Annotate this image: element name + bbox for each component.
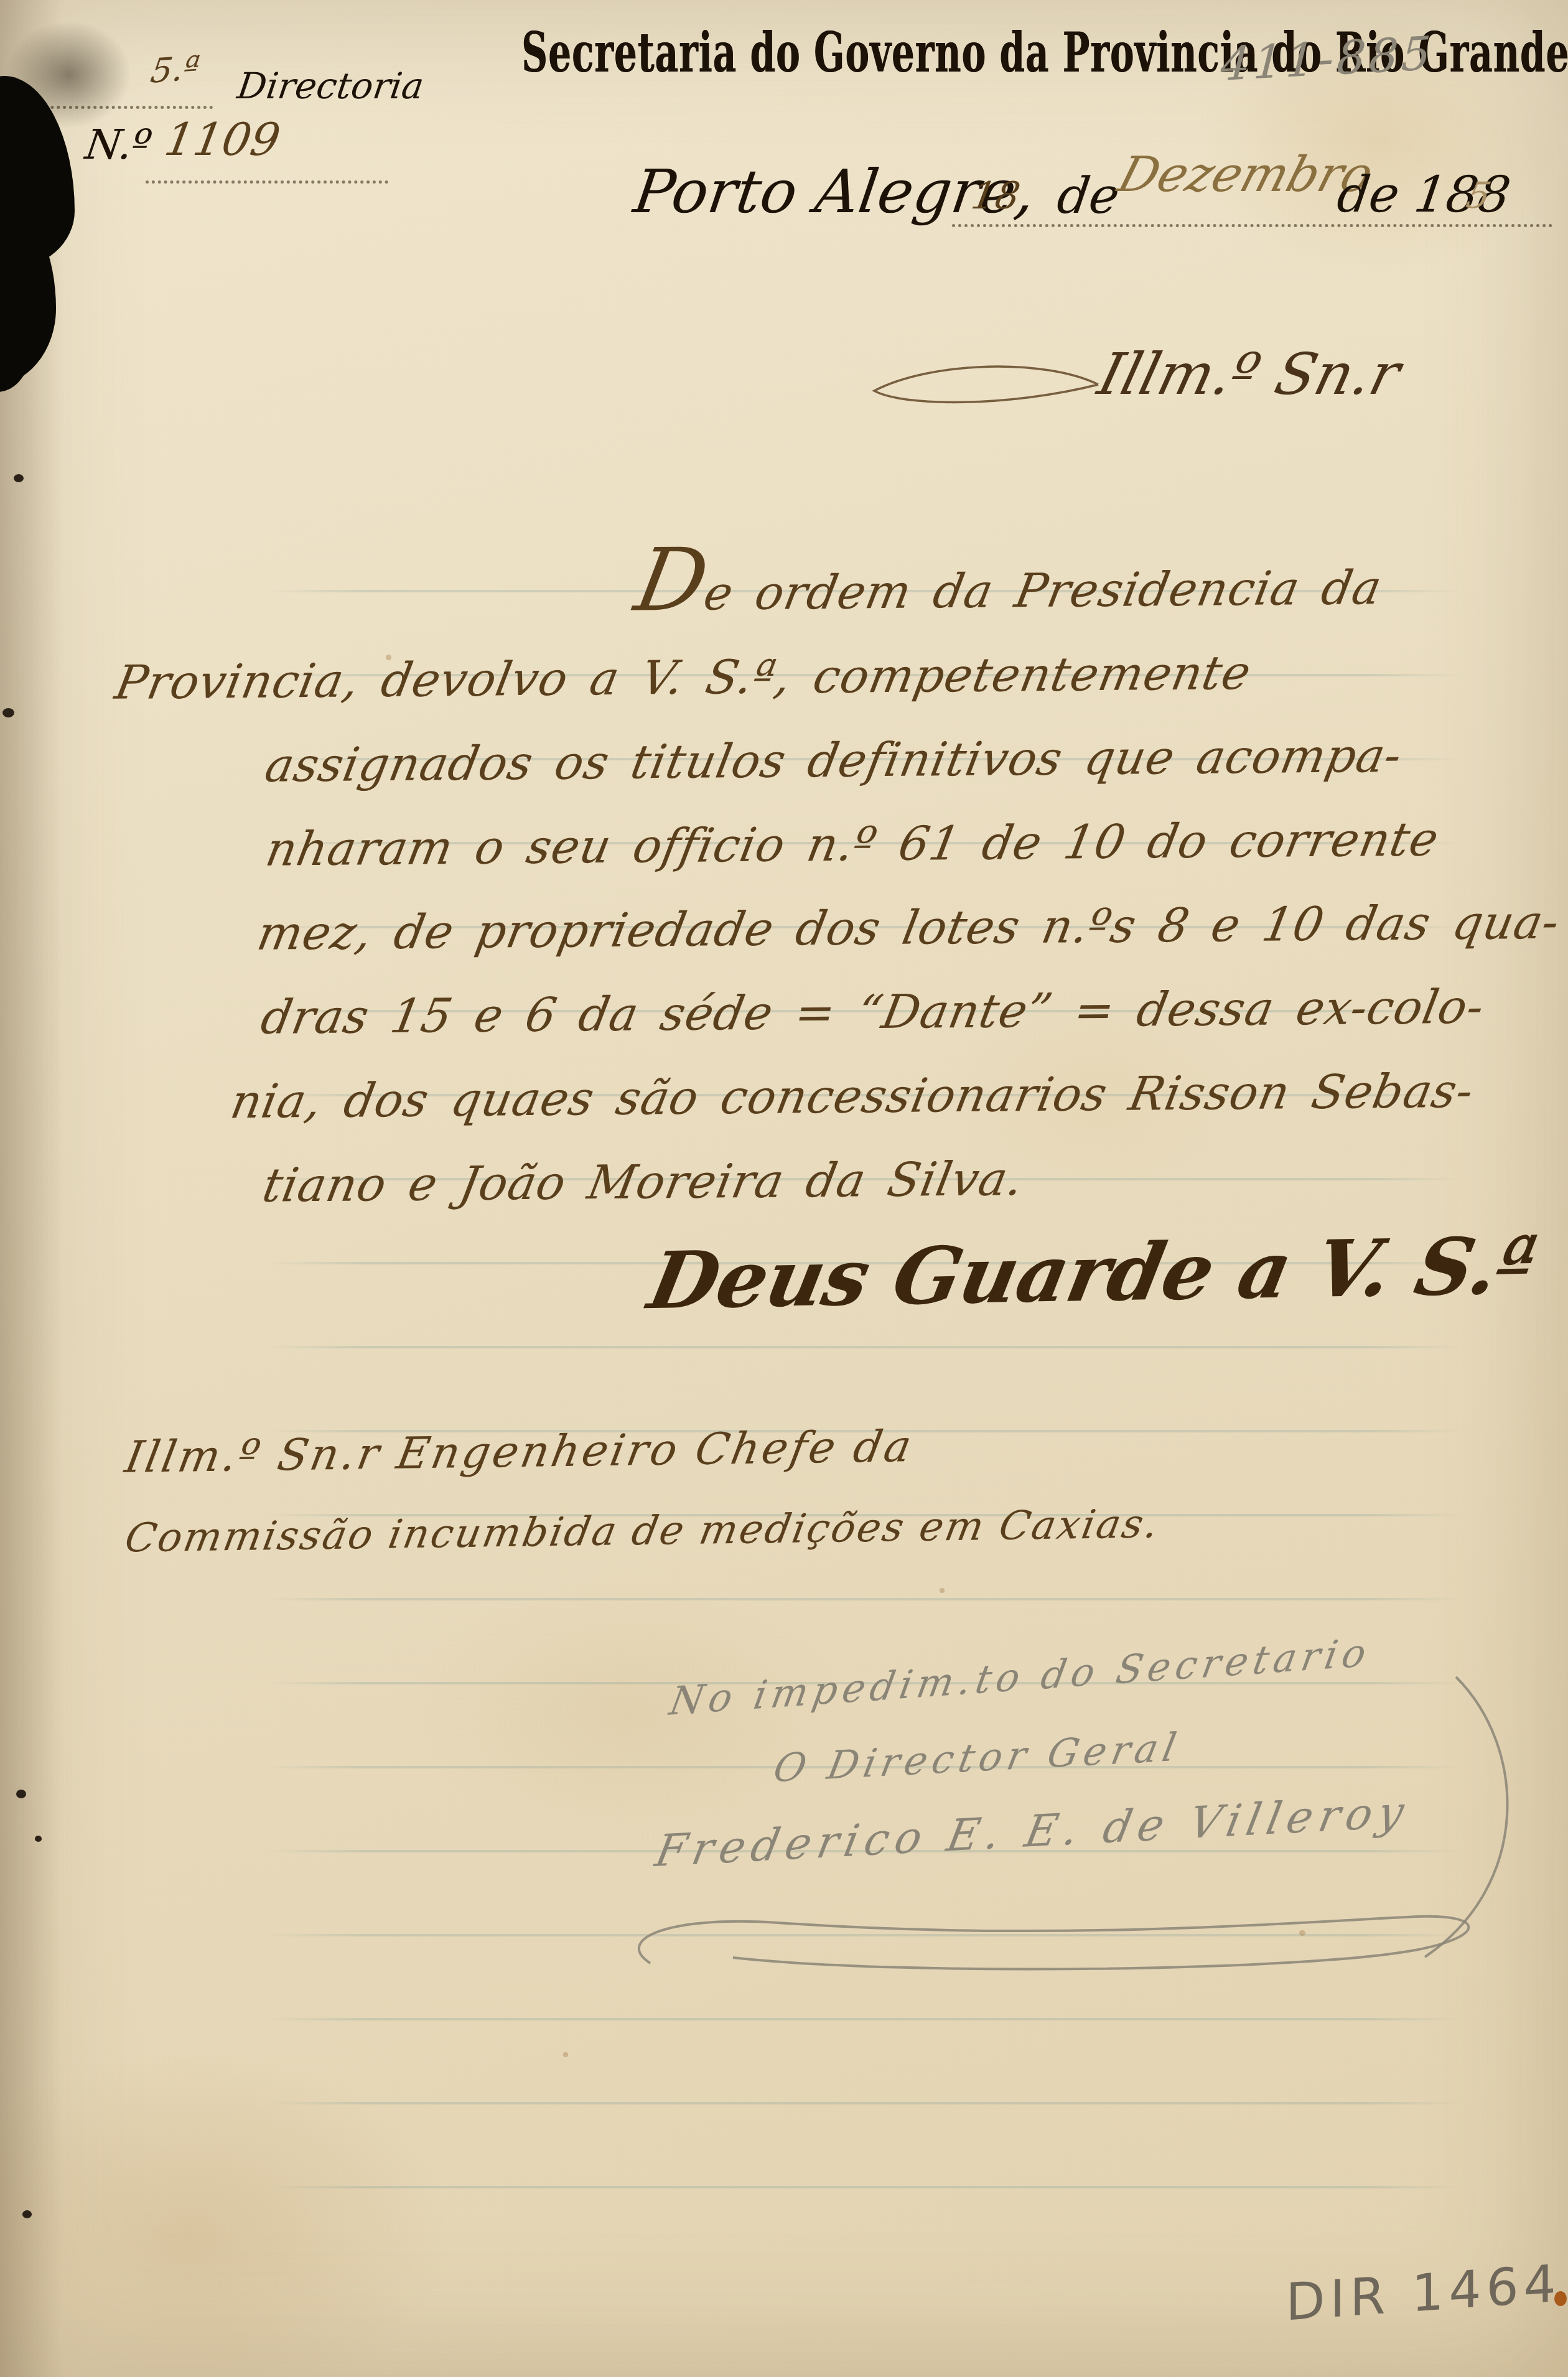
- body-line: nia, dos quaes são concessionarios Risso…: [100, 1063, 1534, 1159]
- worm-hole: [16, 1790, 26, 1798]
- salutation-flourish-icon: [859, 355, 1108, 429]
- addressee-line: Commissão incumbida de medições em Caxia…: [121, 1501, 1164, 1561]
- foxing-speck: [563, 2052, 568, 2057]
- document-page: Secretaria do Governo da Provincia do Ri…: [0, 0, 1568, 2377]
- directoria-number-value: 5.ª: [148, 48, 202, 90]
- signature-flourish-icon: [591, 1643, 1524, 1997]
- ruled-line: [268, 2018, 1462, 2020]
- foxing-speck: [940, 1588, 945, 1593]
- worm-hole: [14, 474, 24, 482]
- dateline-fill-line: [952, 224, 1552, 227]
- pencil-archive-number-top: 411-885: [1220, 27, 1435, 91]
- ruled-line: [268, 1598, 1462, 1600]
- addressee-line: Illm.º Sn.r Engenheiro Chefe da: [121, 1421, 918, 1483]
- body-line: dras 15 e 6 da séde = “Dante” = dessa ex…: [99, 979, 1533, 1075]
- ruled-line: [268, 1346, 1462, 1348]
- pencil-archive-number-bottom: DIR 1464: [1286, 2254, 1561, 2332]
- valediction-text: Deus Guarde a V. S.ª: [642, 1220, 1544, 1327]
- numero-fill-line: [146, 180, 388, 184]
- ruled-line: [268, 2102, 1462, 2104]
- dateline-day-value: 18: [968, 174, 1024, 218]
- body-line: nharam o seu officio n.º 61 de 10 do cor…: [98, 811, 1532, 907]
- body-line: De ordem da Presidencia da: [95, 559, 1529, 655]
- salutation-text: Illm.º Sn.r: [1092, 341, 1407, 408]
- worm-hole: [2, 708, 14, 717]
- body-line: assignados os titulos definitivos que ac…: [97, 727, 1531, 823]
- worm-hole: [35, 1836, 42, 1842]
- worm-hole: [22, 2210, 32, 2218]
- dateline-de-label: de: [1053, 167, 1123, 225]
- body-paragraph: De ordem da Presidencia da Provincia, de…: [103, 559, 1527, 1243]
- body-line: Provincia, devolvo a V. S.ª, competentem…: [96, 643, 1531, 739]
- body-line: mez, de propriedade dos lotes n.ºs 8 e 1…: [98, 895, 1533, 991]
- directoria-label: Directoria: [235, 65, 426, 107]
- numero-value: 1109: [161, 113, 284, 166]
- rust-spot: [1554, 2291, 1567, 2306]
- ruled-line: [268, 2186, 1462, 2188]
